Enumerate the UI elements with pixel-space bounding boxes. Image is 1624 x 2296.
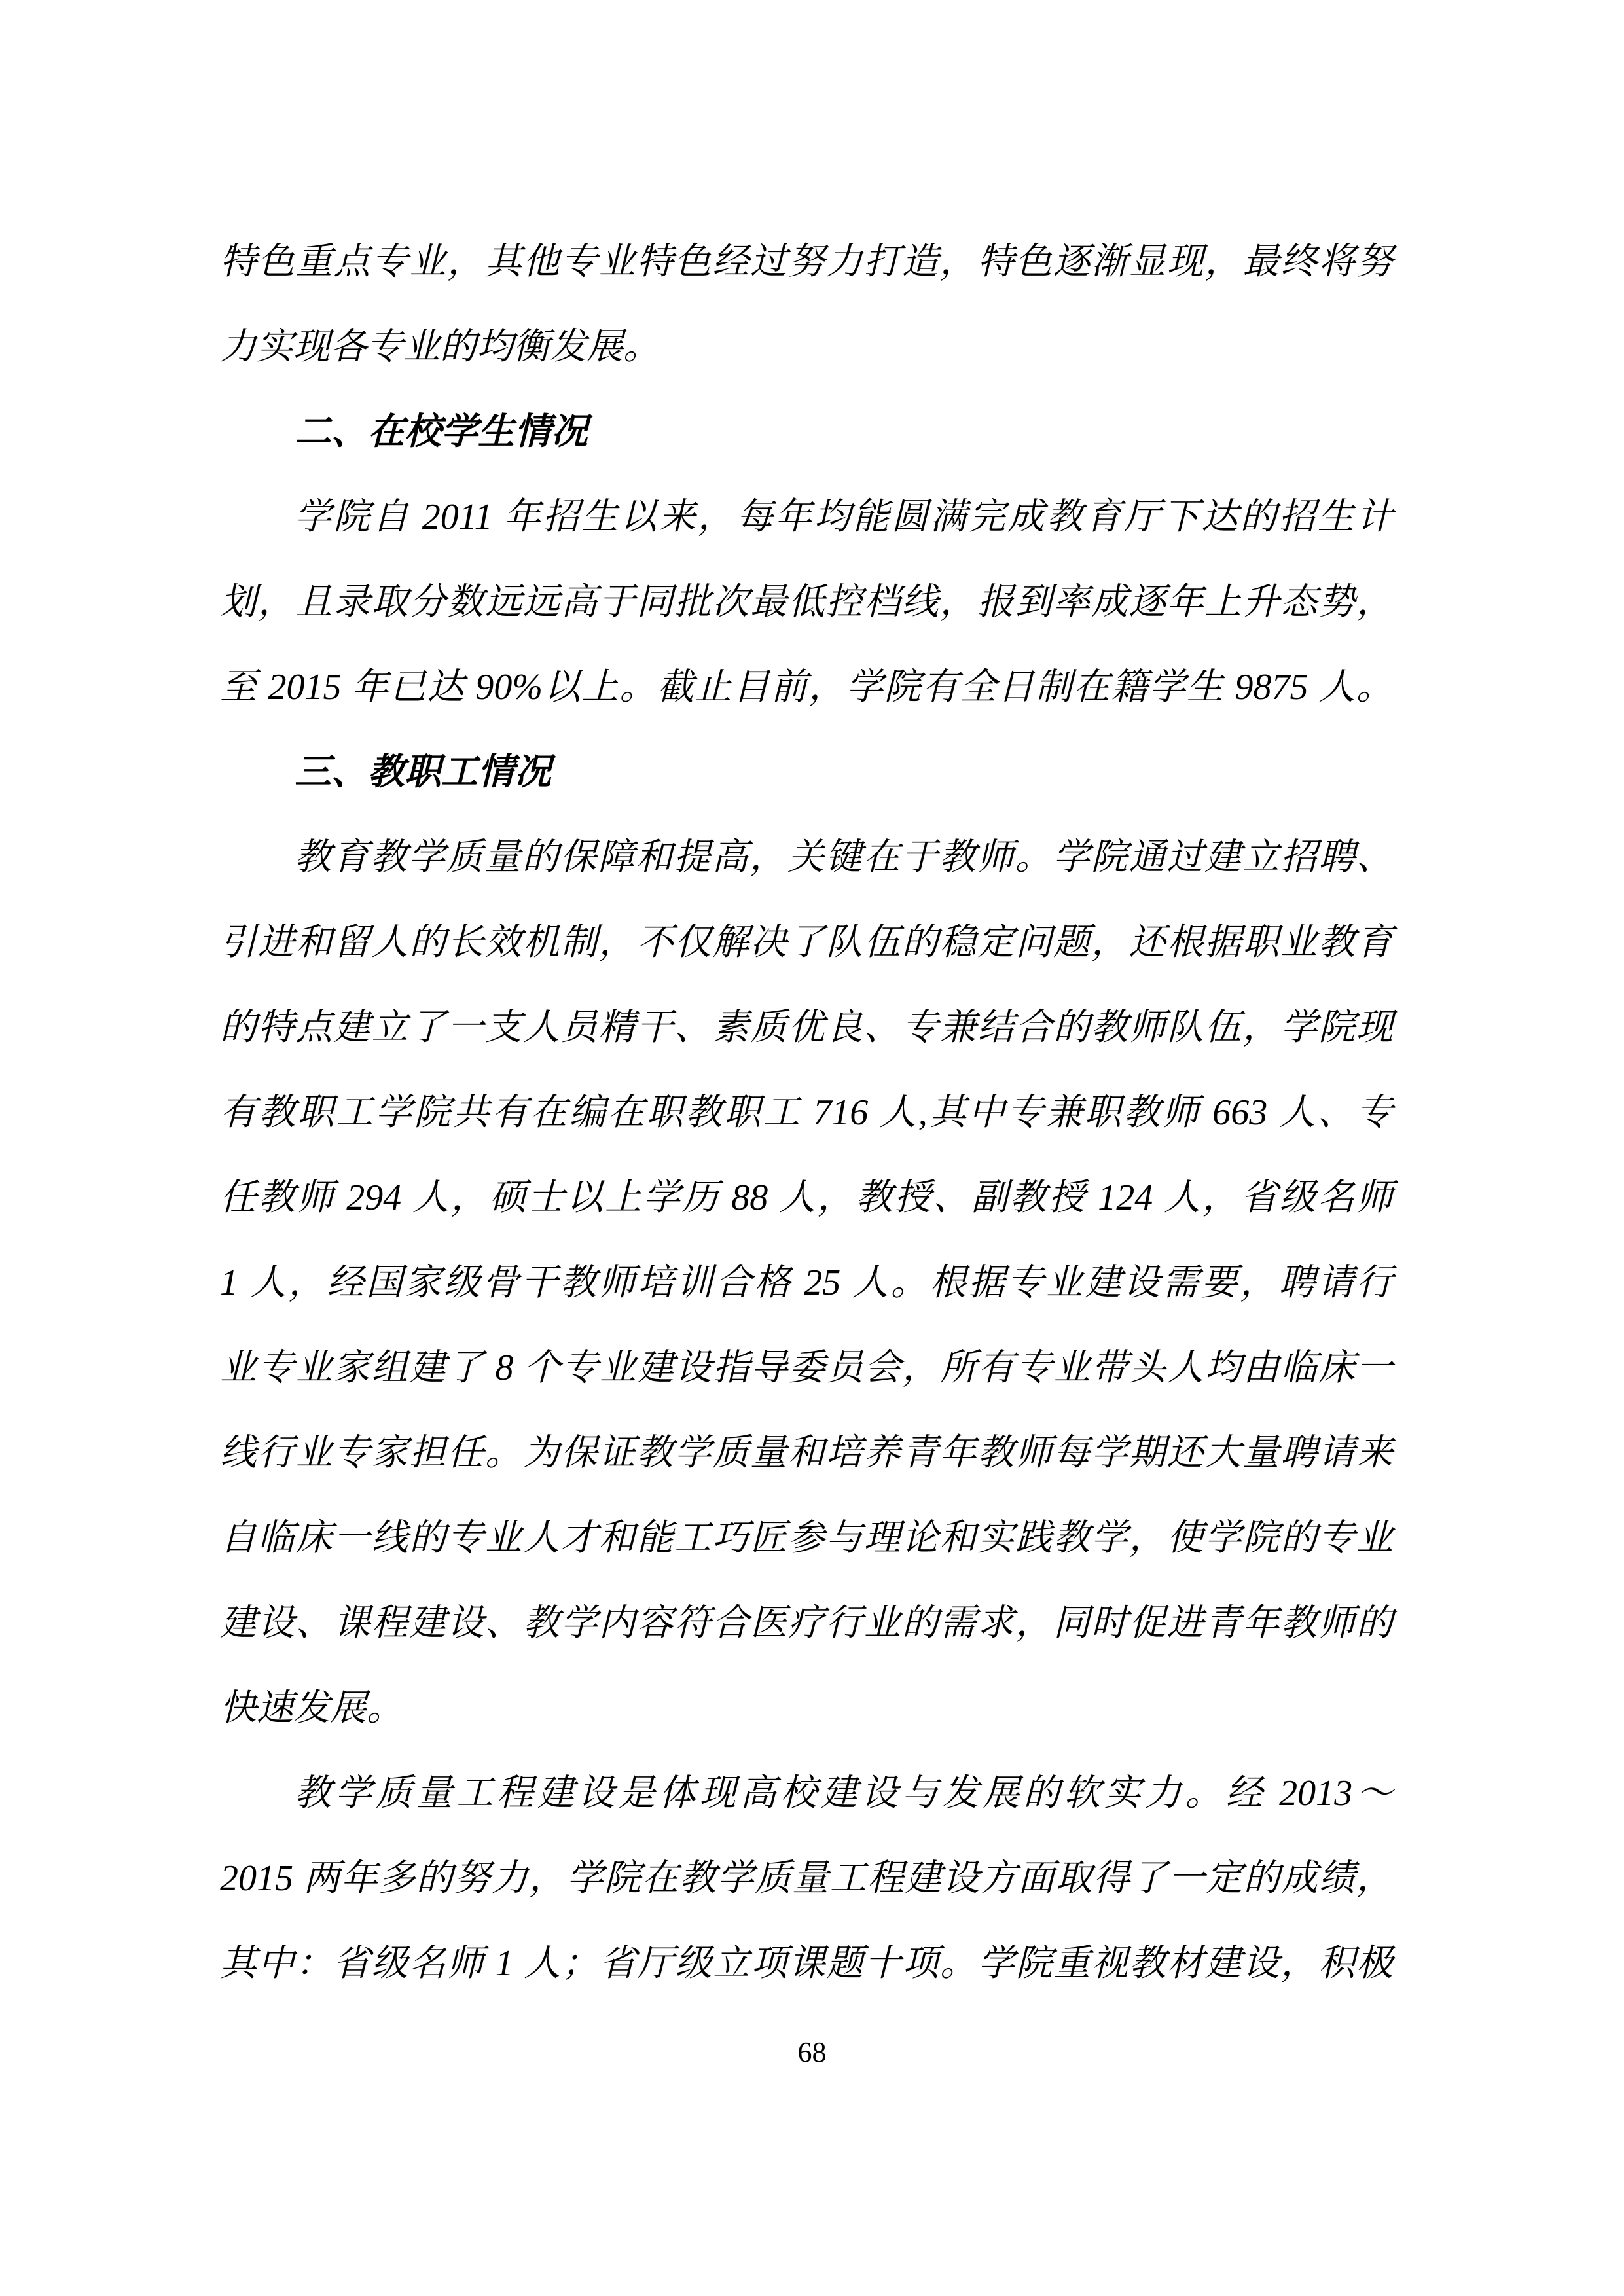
paragraph-line: 任教师 294 人，硕士以上学历 88 人，教授、副教授 124 人，省级名师: [220, 1155, 1393, 1240]
document-body: 特色重点专业，其他专业特色经过努力打造，特色逐渐显现，最终将努 力实现各专业的均…: [220, 219, 1393, 2006]
paragraph-line: 1 人，经国家级骨干教师培训合格 25 人。根据专业建设需要，聘请行: [220, 1240, 1393, 1325]
section-heading-staff: 三、教职工情况: [220, 730, 1393, 815]
paragraph-line: 自临床一线的专业人才和能工巧匠参与理论和实践教学，使学院的专业: [220, 1496, 1393, 1581]
paragraph-line: 线行业专家担任。为保证教学质量和培养青年教师每学期还大量聘请来: [220, 1410, 1393, 1496]
paragraph-line: 的特点建立了一支人员精干、素质优良、专兼结合的教师队伍，学院现: [220, 985, 1393, 1070]
paragraph-line: 教学质量工程建设是体现高校建设与发展的软实力。经 2013～: [220, 1751, 1393, 1836]
paragraph-line: 至 2015 年已达 90%以上。截止目前，学院有全日制在籍学生 9875 人。: [220, 645, 1393, 730]
paragraph-line: 学院自 2011 年招生以来，每年均能圆满完成教育厅下达的招生计: [220, 475, 1393, 560]
paragraph-line: 划，且录取分数远远高于同批次最低控档线，报到率成逐年上升态势，: [220, 560, 1393, 645]
paragraph-line: 其中：省级名师 1 人；省厅级立项课题十项。学院重视教材建设，积极: [220, 1921, 1393, 2006]
paragraph-line: 教育教学质量的保障和提高，关键在于教师。学院通过建立招聘、: [220, 815, 1393, 900]
paragraph-line: 力实现各专业的均衡发展。: [220, 304, 1393, 389]
page-footer: 68: [0, 2036, 1624, 2069]
paragraph-line: 2015 两年多的努力，学院在教学质量工程建设方面取得了一定的成绩，: [220, 1836, 1393, 1921]
page-number: 68: [798, 2036, 827, 2068]
section-heading-students: 二、在校学生情况: [220, 389, 1393, 475]
paragraph-line: 引进和留人的长效机制，不仅解决了队伍的稳定问题，还根据职业教育: [220, 900, 1393, 985]
document-page: 特色重点专业，其他专业特色经过努力打造，特色逐渐显现，最终将努 力实现各专业的均…: [0, 0, 1624, 2296]
paragraph-line: 快速发展。: [220, 1666, 1393, 1751]
paragraph-line: 有教职工学院共有在编在职教职工 716 人,其中专兼职教师 663 人、专: [220, 1070, 1393, 1155]
paragraph-line: 特色重点专业，其他专业特色经过努力打造，特色逐渐显现，最终将努: [220, 219, 1393, 304]
paragraph-line: 建设、课程建设、教学内容符合医疗行业的需求，同时促进青年教师的: [220, 1581, 1393, 1666]
paragraph-line: 业专业家组建了 8 个专业建设指导委员会，所有专业带头人均由临床一: [220, 1325, 1393, 1410]
